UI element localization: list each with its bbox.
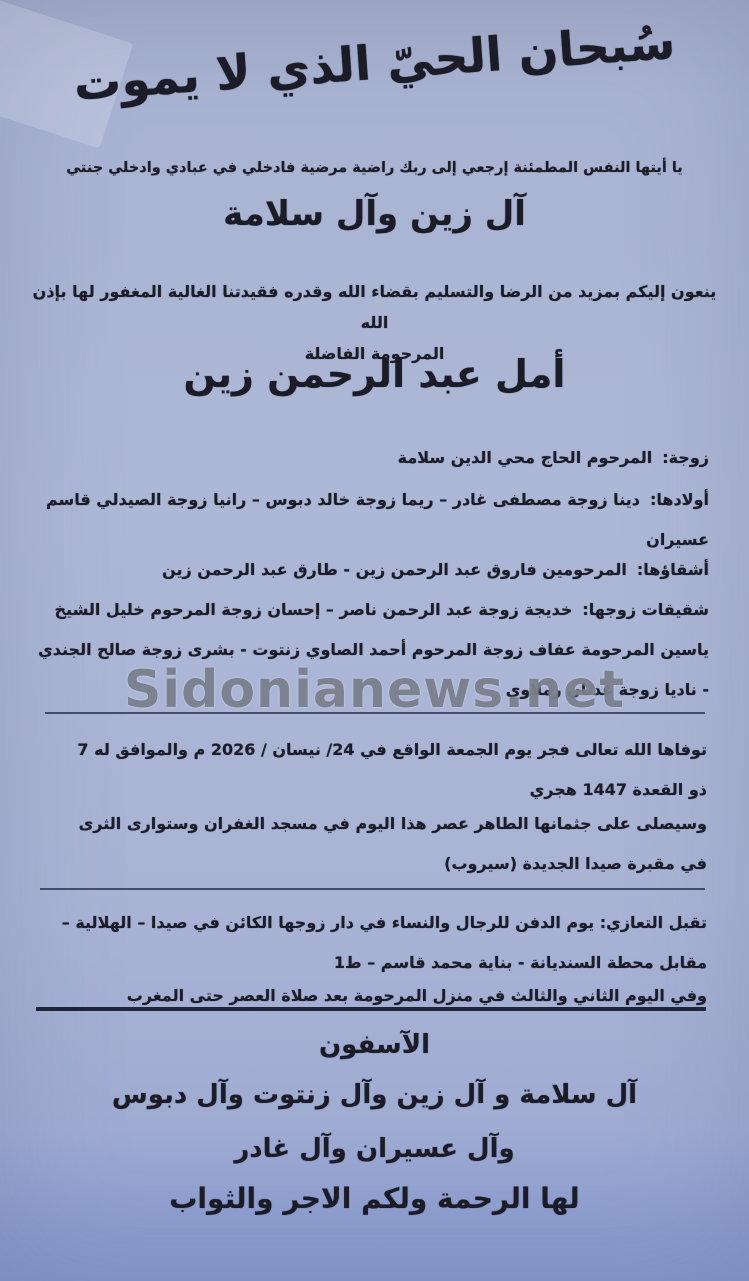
calligraphy-header: سُبحان الحيّ الذي لا يموت [0,0,749,150]
relative-row-children: أولادها:دينا زوجة مصطفى غادر – ريما زوجة… [36,480,709,560]
relative-label: أشقاؤها: [637,560,709,579]
relative-row-brothers: أشقاؤها:المرحومين فاروق عبد الرحمن زين -… [36,550,709,590]
obituary-notice-paper: سُبحان الحيّ الذي لا يموت يا أيتها النفس… [0,0,749,1281]
mourners-title: الآسفون [0,1030,749,1060]
divider-thick-bottom [36,1007,706,1011]
deceased-name: أمل عبد الرحمن زين [0,352,749,396]
funeral-prayer-paragraph: وسيصلى على جثمانها الطاهر عصر هذا اليوم … [58,804,707,884]
mourners-families-line1: آل سلامة و آل زين وآل زنتوت وآل دبوس [0,1080,749,1110]
relative-label: شقيقات زوجها: [582,600,709,619]
condolences-location-paragraph: تقبل التعازي: يوم الدفن للرجال والنساء ف… [58,903,707,983]
sidonianews-watermark: Sidonianews.net [0,660,749,720]
closing-blessing: لها الرحمة ولكم الاجر والثواب [0,1182,749,1215]
relative-value: دينا زوجة مصطفى غادر – ريما زوجة خالد دب… [46,490,709,549]
mourners-families-line2: وآل عسيران وآل غادر [0,1134,749,1164]
death-date-paragraph: توفاها الله تعالى فجر يوم الجمعة الواقع … [58,730,707,810]
relative-row-husband: زوجة:المرحوم الحاج محي الدين سلامة [36,438,709,478]
families-title: آل زين وآل سلامة [0,194,749,234]
announcement-line1: ينعون إليكم بمزيد من الرضا والتسليم بقضا… [30,276,719,338]
relative-label: أولادها: [650,490,709,509]
relative-value: المرحومين فاروق عبد الرحمن زين - طارق عب… [162,560,627,579]
quran-verse: يا أيتها النفس المطمئنة إرجعي إلى ربك را… [0,160,749,176]
relative-value: المرحوم الحاج محي الدين سلامة [398,448,653,467]
divider-thin-middle [40,888,705,890]
relative-label: زوجة: [662,448,709,467]
